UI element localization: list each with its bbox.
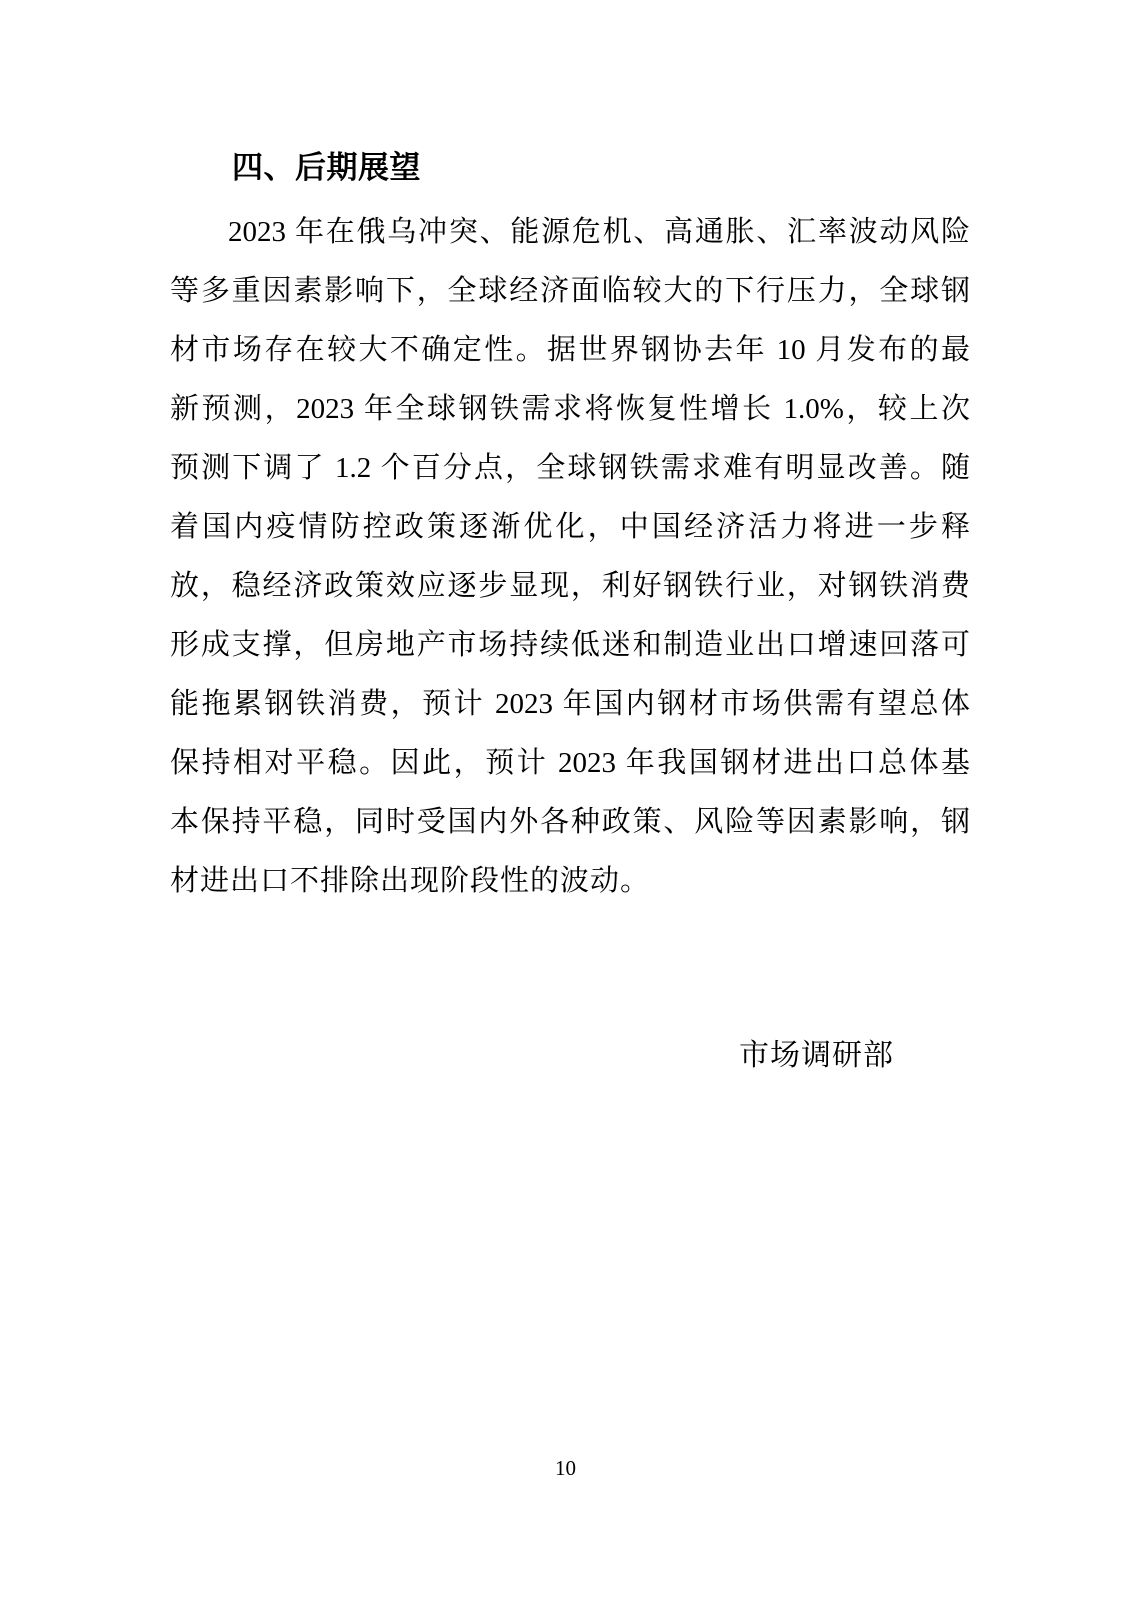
body-line: 着国内疫情防控政策逐渐优化，中国经济活力将进一步释 — [170, 498, 970, 557]
page-number: 10 — [0, 1456, 1131, 1481]
body-line: 保持相对平稳。因此，预计 2023 年我国钢材进出口总体基 — [170, 734, 970, 793]
body-line: 2023 年在俄乌冲突、能源危机、高通胀、汇率波动风险 — [170, 203, 970, 262]
document-content: 四、后期展望 2023 年在俄乌冲突、能源危机、高通胀、汇率波动风险 等多重因素… — [170, 146, 970, 911]
body-line: 等多重因素影响下，全球经济面临较大的下行压力，全球钢 — [170, 262, 970, 321]
document-page: 四、后期展望 2023 年在俄乌冲突、能源危机、高通胀、汇率波动风险 等多重因素… — [0, 0, 1131, 1600]
body-line: 新预测，2023 年全球钢铁需求将恢复性增长 1.0%，较上次 — [170, 380, 970, 439]
body-line: 材市场存在较大不确定性。据世界钢协去年 10 月发布的最 — [170, 321, 970, 380]
body-line: 能拖累钢铁消费，预计 2023 年国内钢材市场供需有望总体 — [170, 675, 970, 734]
signature-department: 市场调研部 — [170, 1030, 970, 1082]
body-line: 本保持平稳，同时受国内外各种政策、风险等因素影响，钢 — [170, 793, 970, 852]
body-line: 预测下调了 1.2 个百分点，全球钢铁需求难有明显改善。随 — [170, 439, 970, 498]
body-line: 材进出口不排除出现阶段性的波动。 — [170, 852, 970, 911]
body-line: 形成支撑，但房地产市场持续低迷和制造业出口增速回落可 — [170, 616, 970, 675]
body-line: 放，稳经济政策效应逐步显现，利好钢铁行业，对钢铁消费 — [170, 557, 970, 616]
body-paragraph: 2023 年在俄乌冲突、能源危机、高通胀、汇率波动风险 等多重因素影响下，全球经… — [170, 203, 970, 911]
section-heading: 四、后期展望 — [170, 146, 970, 203]
